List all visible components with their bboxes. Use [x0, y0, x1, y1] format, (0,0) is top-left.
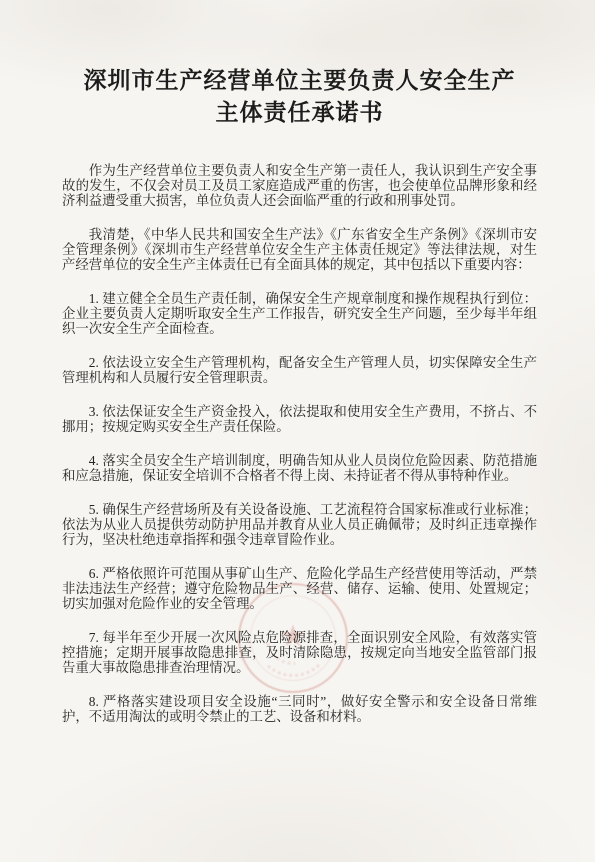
- commitment-item-5: 5. 确保生产经营场所及有关设备设施、工艺流程符合国家标准或行业标准；依法为从业…: [62, 502, 537, 547]
- commitment-item-6: 6. 严格依照许可范围从事矿山生产、危险化学品生产经营使用等活动，严禁非法违法生…: [62, 566, 537, 611]
- commitment-item-7: 7. 每半年至少开展一次风险点危险源排查，全面识别安全风险，有效落实管控措施；定…: [62, 630, 537, 675]
- document-title-line-2: 主体责任承诺书: [216, 99, 384, 125]
- commitment-item-8: 8. 严格落实建设项目安全设施“三同时”，做好安全警示和安全设备日常维护，不适用…: [62, 694, 537, 724]
- commitment-item-4: 4. 落实全员安全生产培训制度，明确告知从业人员岗位危险因素、防范措施和应急措施…: [62, 453, 537, 483]
- commitment-item-2: 2. 依法设立安全生产管理机构，配备安全生产管理人员，切实保障安全生产管理机构和…: [62, 355, 537, 385]
- scanned-document-page: ★ 深圳市生产经营单位主要负责人安全生产主体责任承诺书 作为生产经营单位主要负责…: [0, 0, 595, 862]
- intro-paragraph-2: 我清楚，《中华人民共和国安全生产法》《广东省安全生产条例》《深圳市安全管理条例》…: [62, 227, 537, 272]
- commitment-item-1: 1. 建立健全全员生产责任制，确保安全生产规章制度和操作规程执行到位：企业主要负…: [62, 291, 537, 336]
- document-title-line-1: 深圳市生产经营单位主要负责人安全生产: [84, 67, 516, 93]
- document-title: 深圳市生产经营单位主要负责人安全生产主体责任承诺书: [62, 64, 537, 128]
- commitment-item-3: 3. 依法保证安全生产资金投入，依法提取和使用安全生产费用，不挤占、不挪用；按规…: [62, 404, 537, 434]
- intro-paragraph-1: 作为生产经营单位主要负责人和安全生产第一责任人，我认识到生产安全事故的发生，不仅…: [62, 163, 537, 208]
